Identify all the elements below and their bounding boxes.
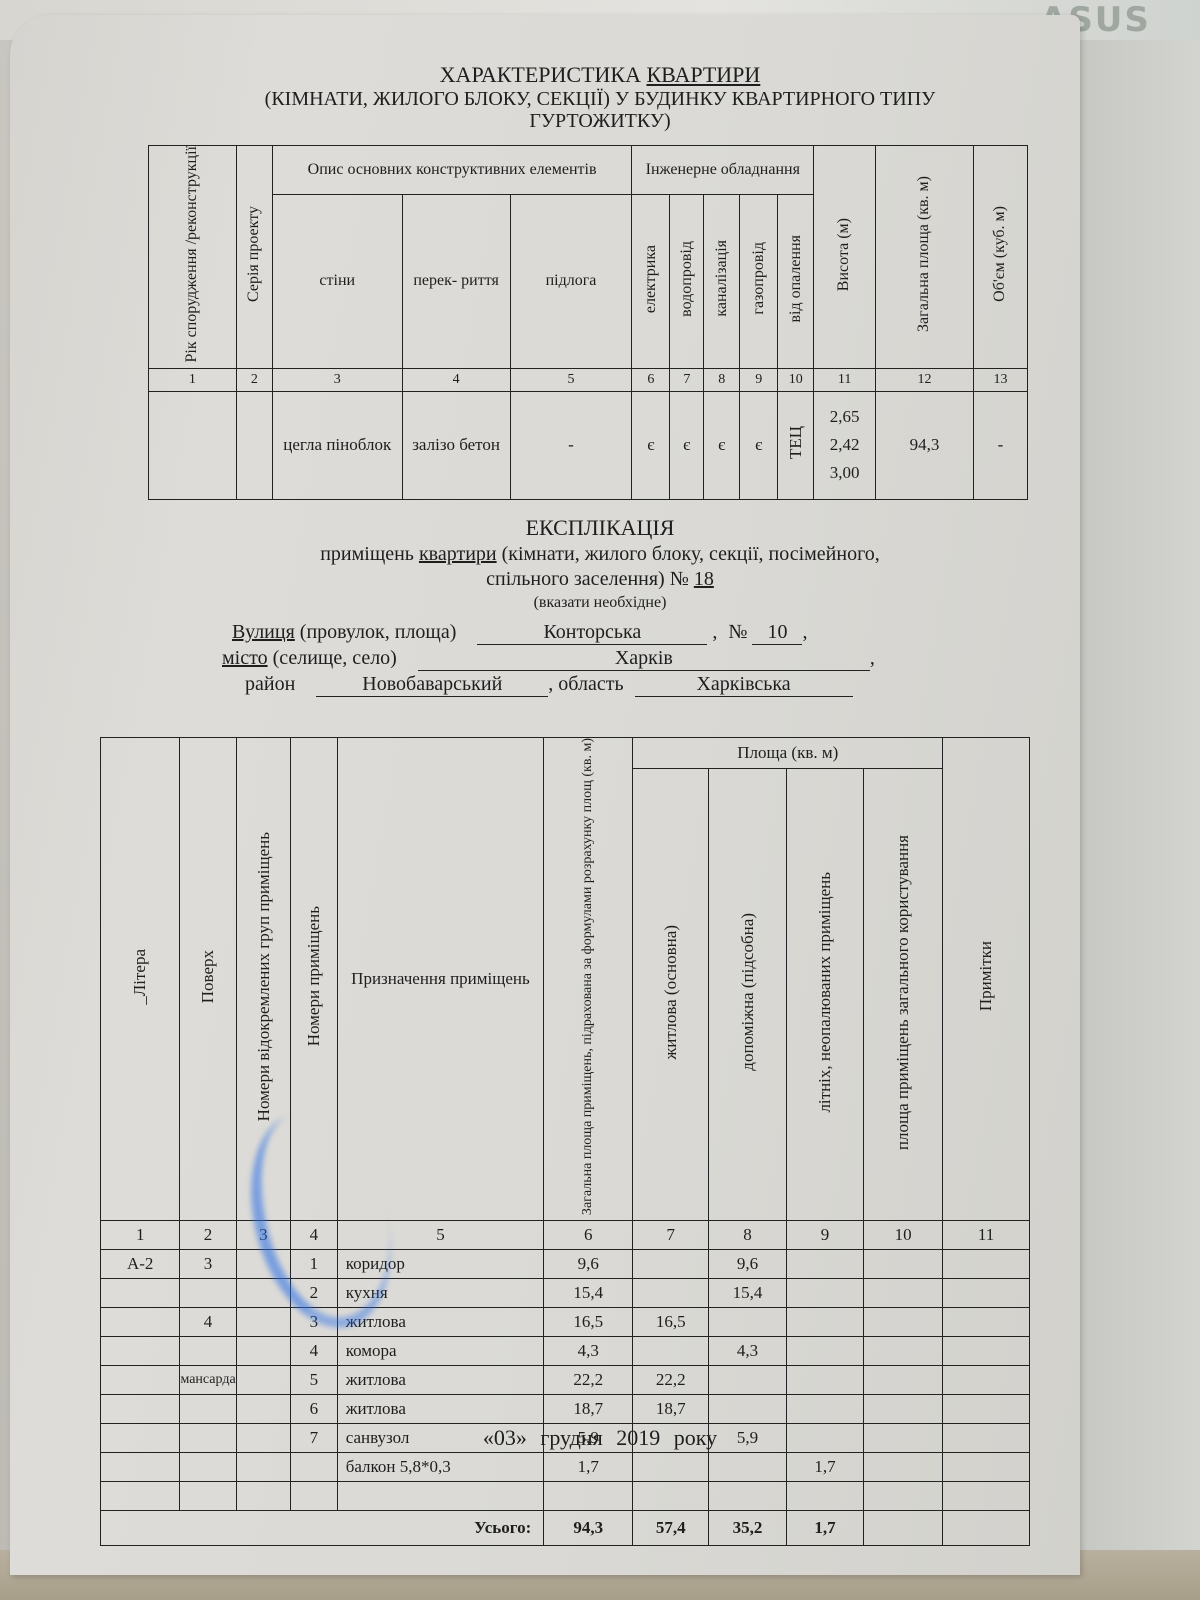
cell-purpose: коридор (337, 1250, 544, 1279)
header-purpose: Призначення приміщень (337, 738, 544, 1221)
table-row: балкон 5,8*0,31,71,7 (101, 1453, 1030, 1482)
cell-num: 6 (291, 1395, 338, 1424)
header-heating: від опалення (778, 195, 814, 369)
cell-purpose: житлова (337, 1395, 544, 1424)
cell-aux (709, 1482, 787, 1511)
cell-num: 5 (291, 1366, 338, 1395)
header-room-numbers: Номери приміщень (291, 738, 338, 1221)
cell-common (864, 1308, 943, 1337)
cell-floor (180, 1337, 236, 1366)
cell-electricity: є (632, 391, 670, 499)
column-number: 11 (814, 368, 876, 391)
cell-total: 9,6 (544, 1250, 633, 1279)
cell-floor: 4 (180, 1308, 236, 1337)
header-structural-group: Опис основних конструктивних елементів (272, 146, 632, 195)
total-living: 57,4 (633, 1511, 709, 1546)
column-number: 8 (704, 368, 740, 391)
table-row (101, 1482, 1030, 1511)
cell-common (864, 1366, 943, 1395)
column-number: 5 (337, 1221, 544, 1250)
cell-notes (943, 1395, 1030, 1424)
cell-aux (709, 1308, 787, 1337)
cell-common (864, 1250, 943, 1279)
cell-aux: 4,3 (709, 1337, 787, 1366)
column-number: 2 (236, 368, 272, 391)
table-row: А-231коридор9,69,6 (101, 1250, 1030, 1279)
title-underlined: КВАРТИРИ (647, 62, 761, 87)
cell-common (864, 1395, 943, 1424)
explication-line-1: приміщень квартири (кімнати, жилого блок… (0, 543, 1200, 566)
height-1: 2,65 (814, 403, 875, 431)
cell-purpose: житлова (337, 1308, 544, 1337)
region-value: Харківська (635, 673, 853, 697)
cell-aux: 9,6 (709, 1250, 787, 1279)
header-area-group: Площа (кв. м) (633, 738, 943, 769)
explication-line-2: спільного заселення) № 18 (0, 568, 1200, 591)
cell-living (633, 1250, 709, 1279)
background-paper-stack (1080, 40, 1200, 1580)
header-sewage: каналізація (704, 195, 740, 369)
column-number: 13 (973, 368, 1027, 391)
cell-heating: ТЕЦ (778, 391, 814, 499)
column-number: 7 (633, 1221, 709, 1250)
cell-summer (786, 1250, 863, 1279)
header-total-area: Загальна площа приміщень, підрахована за… (544, 738, 633, 1221)
cell-total: 16,5 (544, 1308, 633, 1337)
cell-total-area: 94,3 (876, 391, 974, 499)
cell-litera (101, 1308, 180, 1337)
cell-group (236, 1279, 290, 1308)
cell-living (633, 1337, 709, 1366)
cell-notes (943, 1453, 1030, 1482)
cell-notes (943, 1366, 1030, 1395)
cell-notes (943, 1250, 1030, 1279)
header-total-area: Загальна площа (кв. м) (876, 146, 974, 369)
column-number: 9 (786, 1221, 863, 1250)
cell-floor (180, 1482, 236, 1511)
document-date: «03» грудня 2019 року (0, 1425, 1200, 1451)
height-2: 2,42 (814, 431, 875, 459)
header-litera: _Літера (101, 738, 180, 1221)
cell-living: 18,7 (633, 1395, 709, 1424)
cell-total: 15,4 (544, 1279, 633, 1308)
total-area: 94,3 (544, 1511, 633, 1546)
cell-notes (943, 1337, 1030, 1366)
header-year: Рік спорудження /реконструкції (149, 146, 237, 369)
header-auxiliary: допоміжна (підсобна) (709, 769, 787, 1221)
characteristic-table: Рік спорудження /реконструкції Серія про… (148, 145, 1028, 500)
cell-living: 16,5 (633, 1308, 709, 1337)
cell-litera (101, 1395, 180, 1424)
height-3: 3,00 (814, 459, 875, 487)
cell-summer (786, 1308, 863, 1337)
header-floor: підлога (510, 195, 632, 369)
cell-floor: мансарда (180, 1366, 236, 1395)
column-number: 1 (101, 1221, 180, 1250)
cell-living (633, 1453, 709, 1482)
cell-heights: 2,65 2,42 3,00 (814, 391, 876, 499)
city-value: Харків (418, 647, 870, 671)
total-label: Усього: (101, 1511, 544, 1546)
column-number: 3 (272, 368, 402, 391)
cell-floor (180, 1279, 236, 1308)
column-number: 2 (180, 1221, 236, 1250)
title-text: ХАРАКТЕРИСТИКА (440, 62, 641, 87)
column-number-row: 12345678910111213 (149, 368, 1028, 391)
cell-notes (943, 1279, 1030, 1308)
cell-notes (943, 1482, 1030, 1511)
cell-ceilings: залізо бетон (402, 391, 510, 499)
header-gas: газопровід (740, 195, 778, 369)
cell-litera (101, 1453, 180, 1482)
cell-total: 1,7 (544, 1453, 633, 1482)
cell-floor: 3 (180, 1250, 236, 1279)
cell-litera (101, 1482, 180, 1511)
cell-total: 22,2 (544, 1366, 633, 1395)
table-row: 2кухня15,415,4 (101, 1279, 1030, 1308)
cell-group (236, 1395, 290, 1424)
cell-purpose (337, 1482, 544, 1511)
cell-aux: 15,4 (709, 1279, 787, 1308)
cell-summer: 1,7 (786, 1453, 863, 1482)
cell-living: 22,2 (633, 1366, 709, 1395)
street-line: Вулиця (провулок, площа) Конторська , № … (232, 621, 807, 645)
header-series: Серія проекту (236, 146, 272, 369)
cell-total (544, 1482, 633, 1511)
cell-num (291, 1482, 338, 1511)
cell-purpose: кухня (337, 1279, 544, 1308)
house-number-value: 10 (752, 621, 802, 645)
cell-gas: є (740, 391, 778, 499)
cell-group (236, 1482, 290, 1511)
characteristic-title: ХАРАКТЕРИСТИКА КВАРТИРИ (0, 62, 1200, 88)
header-common: площа приміщень загального користування (864, 769, 943, 1221)
header-notes: Примітки (943, 738, 1030, 1221)
city-line: місто (селище, село) Харків, (222, 647, 875, 671)
column-number: 8 (709, 1221, 787, 1250)
cell-group (236, 1308, 290, 1337)
cell-litera: А-2 (101, 1250, 180, 1279)
cell-purpose: житлова (337, 1366, 544, 1395)
cell-summer (786, 1337, 863, 1366)
apartment-number: 18 (694, 568, 714, 590)
column-number: 7 (670, 368, 704, 391)
header-group-numbers: Номери відокремлених груп приміщень (236, 738, 290, 1221)
total-common (864, 1511, 943, 1546)
cell-group (236, 1453, 290, 1482)
header-living: житлова (основна) (633, 769, 709, 1221)
cell-common (864, 1279, 943, 1308)
column-number: 3 (236, 1221, 290, 1250)
cell-year (149, 391, 237, 499)
cell-total: 4,3 (544, 1337, 633, 1366)
table-row: 4комора4,34,3 (101, 1337, 1030, 1366)
header-floor: Поверх (180, 738, 236, 1221)
cell-num (291, 1453, 338, 1482)
column-number: 4 (402, 368, 510, 391)
total-row: Усього: 94,3 57,4 35,2 1,7 (101, 1511, 1030, 1546)
cell-summer (786, 1279, 863, 1308)
header-engineering-group: Інженерне обладнання (632, 146, 814, 195)
cell-living (633, 1279, 709, 1308)
cell-num: 4 (291, 1337, 338, 1366)
column-number: 1 (149, 368, 237, 391)
column-number: 10 (864, 1221, 943, 1250)
cell-purpose: балкон 5,8*0,3 (337, 1453, 544, 1482)
header-height: Висота (м) (814, 146, 876, 369)
cell-common (864, 1482, 943, 1511)
cell-group (236, 1250, 290, 1279)
cell-litera (101, 1337, 180, 1366)
table-row: 6житлова18,718,7 (101, 1395, 1030, 1424)
total-notes (943, 1511, 1030, 1546)
cell-floor (180, 1453, 236, 1482)
cell-num: 3 (291, 1308, 338, 1337)
cell-litera (101, 1279, 180, 1308)
header-walls: стіни (272, 195, 402, 369)
total-auxiliary: 35,2 (709, 1511, 787, 1546)
column-number: 10 (778, 368, 814, 391)
cell-volume: - (973, 391, 1027, 499)
cell-floor: - (510, 391, 632, 499)
header-volume: Об'єм (куб. м) (973, 146, 1027, 369)
column-number: 6 (544, 1221, 633, 1250)
column-number: 9 (740, 368, 778, 391)
cell-notes (943, 1308, 1030, 1337)
explication-title: ЕКСПЛІКАЦІЯ (0, 515, 1200, 541)
header-electricity: електрика (632, 195, 670, 369)
cell-common (864, 1337, 943, 1366)
column-number: 12 (876, 368, 974, 391)
header-summer: літніх, неопалюваних приміщень (786, 769, 863, 1221)
cell-num: 1 (291, 1250, 338, 1279)
street-value: Конторська (477, 621, 707, 645)
characteristic-subtitle-1: (КІМНАТИ, ЖИЛОГО БЛОКУ, СЕКЦІЇ) У БУДИНК… (0, 88, 1200, 111)
table-row: 43житлова16,516,5 (101, 1308, 1030, 1337)
column-number: 6 (632, 368, 670, 391)
cell-litera (101, 1366, 180, 1395)
district-line: район Новобаварський, область Харківська (245, 673, 853, 697)
cell-aux (709, 1366, 787, 1395)
header-ceilings: перек- риття (402, 195, 510, 369)
date-month: грудня (540, 1425, 602, 1450)
date-suffix: року (674, 1425, 717, 1450)
cell-series (236, 391, 272, 499)
cell-num: 2 (291, 1279, 338, 1308)
cell-aux (709, 1395, 787, 1424)
cell-aux (709, 1453, 787, 1482)
explication-note: (вказати необхідне) (0, 594, 1200, 612)
date-day: «03» (483, 1425, 527, 1450)
cell-purpose: комора (337, 1337, 544, 1366)
cell-living (633, 1482, 709, 1511)
district-value: Новобаварський (316, 673, 548, 697)
table-row: мансарда5житлова22,222,2 (101, 1366, 1030, 1395)
cell-summer (786, 1366, 863, 1395)
cell-group (236, 1337, 290, 1366)
cell-group (236, 1366, 290, 1395)
header-water: водопровід (670, 195, 704, 369)
cell-sewage: є (704, 391, 740, 499)
date-year: 2019 (616, 1425, 660, 1450)
column-number-row: 1234567891011 (101, 1221, 1030, 1250)
cell-floor (180, 1395, 236, 1424)
cell-water: є (670, 391, 704, 499)
column-number: 11 (943, 1221, 1030, 1250)
total-summer: 1,7 (786, 1511, 863, 1546)
characteristic-data-row: цегла піноблок залізо бетон - є є є є ТЕ… (149, 391, 1028, 499)
cell-common (864, 1453, 943, 1482)
cell-summer (786, 1482, 863, 1511)
cell-summer (786, 1395, 863, 1424)
characteristic-subtitle-2: ГУРТОЖИТКУ) (0, 110, 1200, 133)
column-number: 4 (291, 1221, 338, 1250)
cell-walls: цегла піноблок (272, 391, 402, 499)
cell-total: 18,7 (544, 1395, 633, 1424)
column-number: 5 (510, 368, 632, 391)
